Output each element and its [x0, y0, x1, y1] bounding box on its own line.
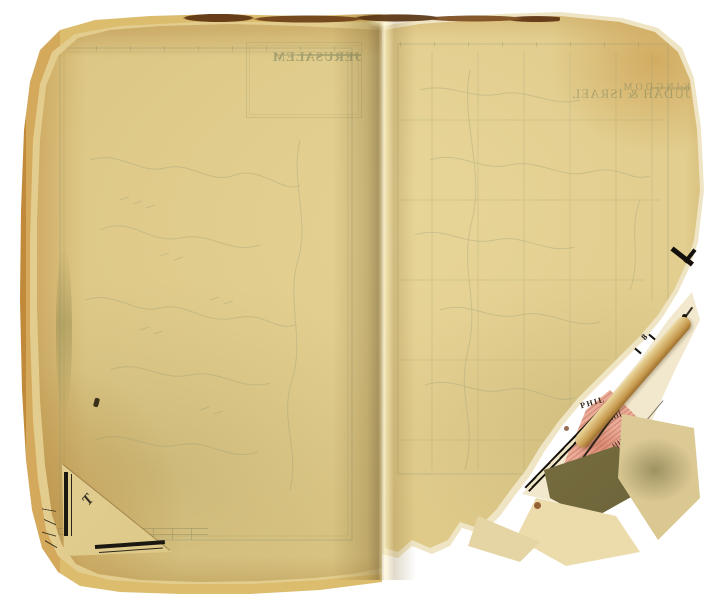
left-page-ghost-title-cartouche: JERUSALEM: [246, 42, 362, 118]
rust-spot: [564, 426, 569, 431]
ghost-illegible-line: [650, 87, 690, 89]
border-tick-mark: [634, 348, 641, 355]
printed-border-vertical-rule: [71, 474, 72, 536]
left-edge-stain: [56, 246, 72, 416]
photo-of-antique-atlas: JERUSALEM: [0, 0, 728, 600]
burnt-top-edge: [172, 13, 560, 24]
left-frame-tick-marks: [62, 46, 350, 51]
right-frame-tick-marks: [400, 42, 666, 47]
printed-border-vertical-bar: [64, 472, 68, 536]
rust-spot: [534, 502, 541, 509]
edge-imprint-marks: [42, 506, 62, 550]
left-page-ghost-title-text: JERUSALEM: [272, 49, 361, 65]
ghost-illegible-line: [317, 54, 361, 56]
